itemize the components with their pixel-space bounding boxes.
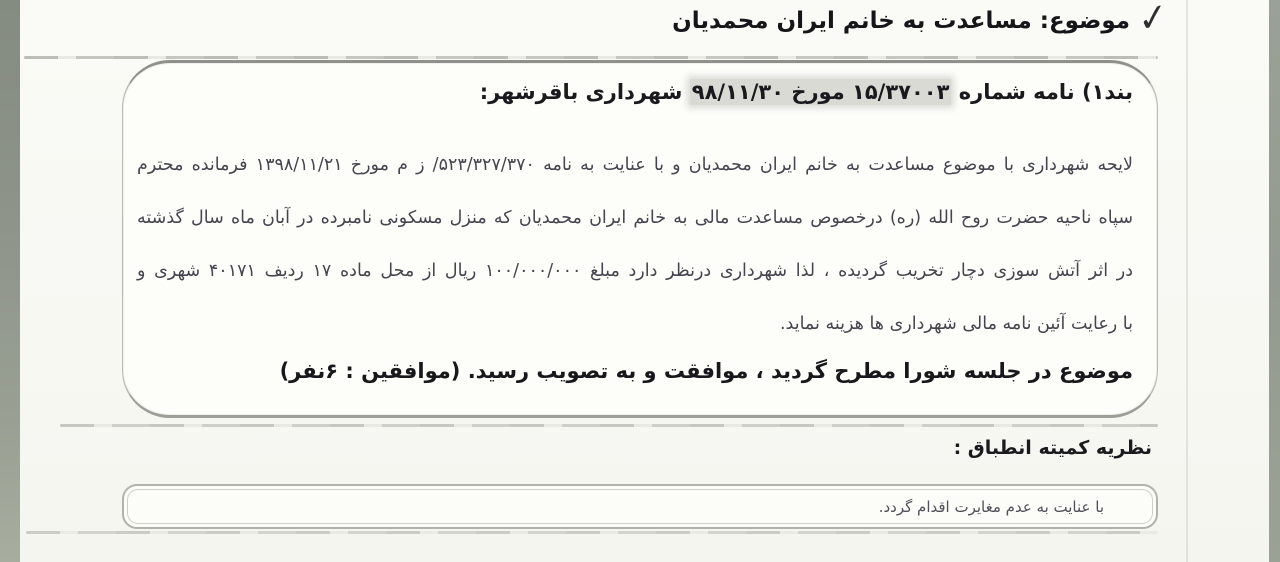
scan-edge-right bbox=[1269, 0, 1280, 562]
clause-box: بند۱) نامه شماره ۱۵/۳۷۰۰۳ مورخ ۹۸/۱۱/۳۰ … bbox=[122, 60, 1158, 418]
handwritten-check-icon: ✓ bbox=[1136, 0, 1170, 42]
body-line-1: لایحه شهرداری با موضوع مساعدت به خانم ای… bbox=[137, 139, 1133, 192]
committee-heading: نظریه کمیته انطباق : bbox=[954, 437, 1152, 459]
scan-streak-top bbox=[24, 56, 1158, 59]
body-line-2: سپاه ناحیه حضرت روح الله (ره) درخصوص مسا… bbox=[137, 192, 1133, 245]
clause-heading-prefix: بند۱) نامه شماره bbox=[951, 80, 1133, 104]
committee-opinion-text: با عنایت به عدم مغایرت اقدام گردد. bbox=[879, 498, 1104, 516]
clause-body: لایحه شهرداری با موضوع مساعدت به خانم ای… bbox=[137, 139, 1133, 351]
clause-heading-suffix: شهرداری باقرشهر: bbox=[480, 80, 690, 104]
clause-heading: بند۱) نامه شماره ۱۵/۳۷۰۰۳ مورخ ۹۸/۱۱/۳۰ … bbox=[147, 80, 1133, 104]
subject-title: موضوع: مساعدت به خانم ایران محمدیان bbox=[672, 8, 1130, 34]
scan-edge-left bbox=[0, 0, 20, 562]
body-line-3: در اثر آتش سوزی دچار تخریب گردیده ، لذا … bbox=[137, 245, 1133, 298]
scan-streak-middle bbox=[60, 424, 1158, 427]
scanned-document-page: ✓ موضوع: مساعدت به خانم ایران محمدیان بن… bbox=[0, 0, 1280, 562]
committee-opinion-box: با عنایت به عدم مغایرت اقدام گردد. bbox=[122, 484, 1158, 529]
council-resolution: موضوع در جلسه شورا مطرح گردید ، موافقت و… bbox=[147, 359, 1133, 383]
committee-opinion-inner-border: با عنایت به عدم مغایرت اقدام گردد. bbox=[127, 489, 1153, 524]
paper-crease-line bbox=[1186, 0, 1188, 562]
body-line-4: با رعایت آئین نامه مالی شهرداری ها هزینه… bbox=[137, 298, 1133, 351]
clause-heading-highlighted-number: ۱۵/۳۷۰۰۳ مورخ ۹۸/۱۱/۳۰ bbox=[690, 79, 952, 105]
scan-streak-bottom bbox=[26, 531, 1158, 534]
